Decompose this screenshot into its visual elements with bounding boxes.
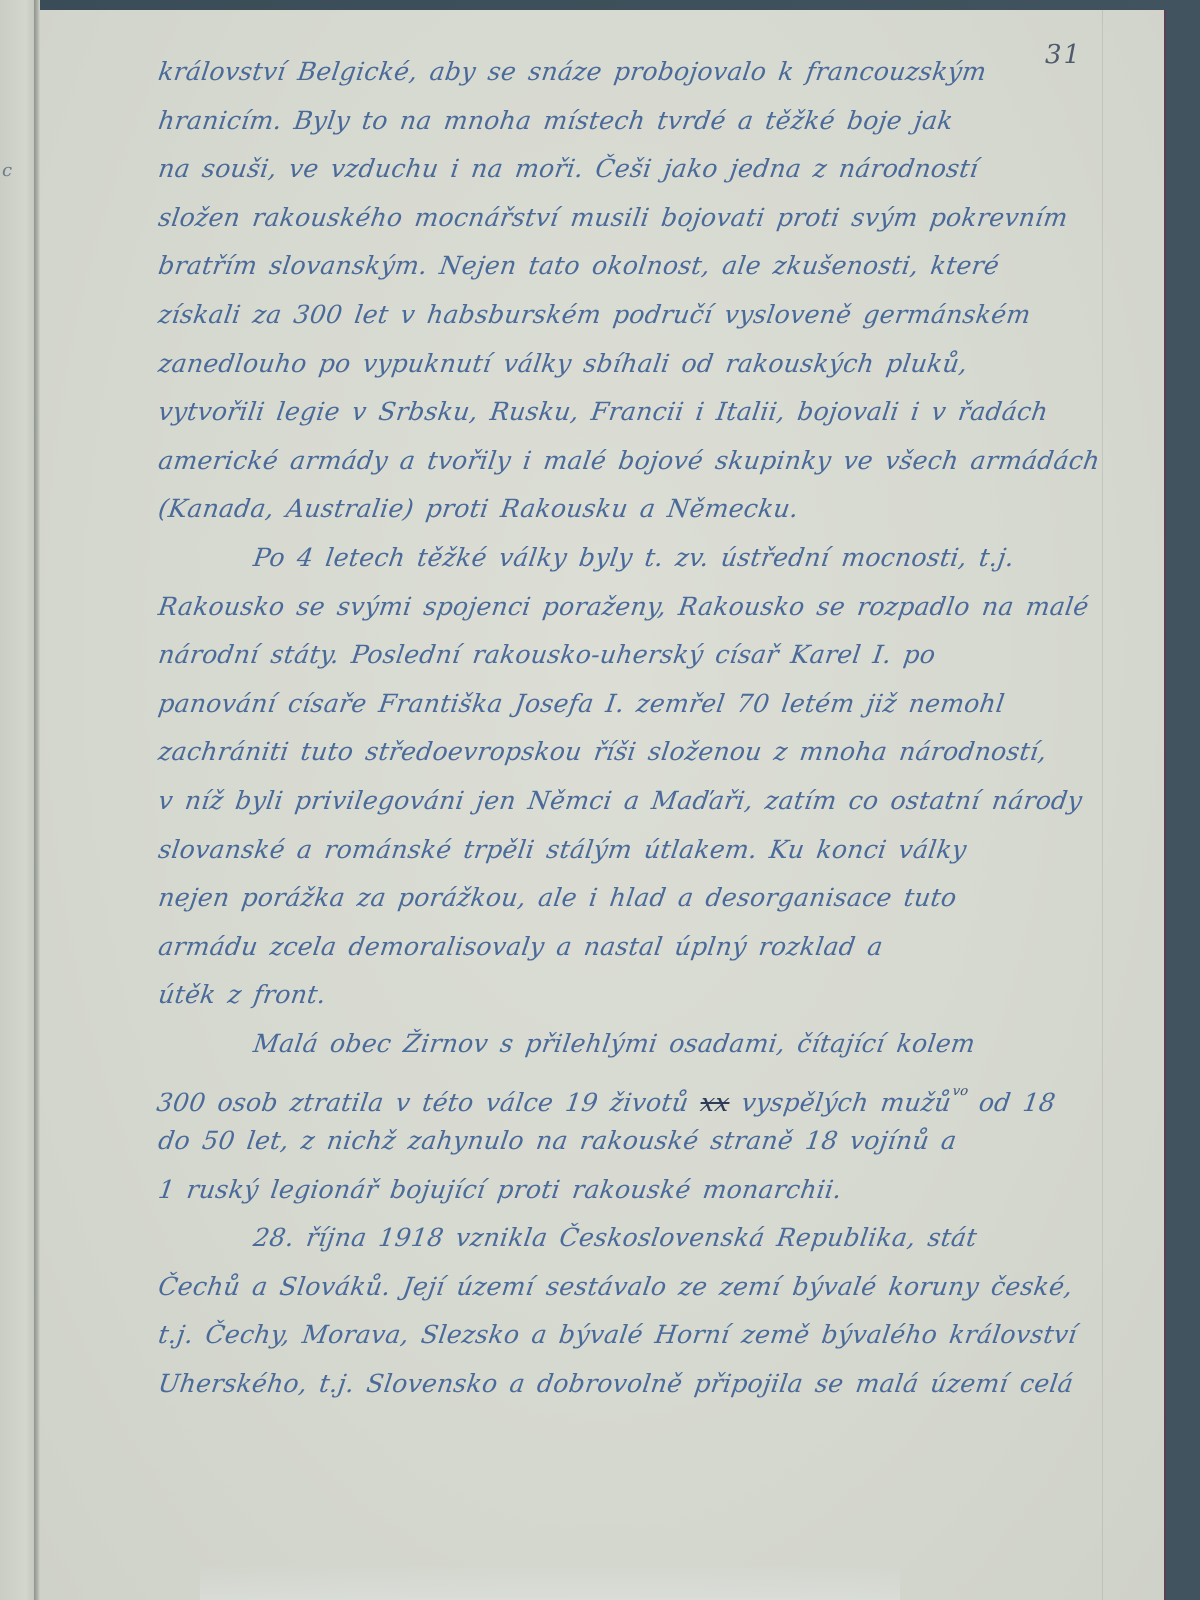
light-glare <box>200 1565 900 1600</box>
book-photo-scene: c 31 království Belgické, aby se snáze p… <box>0 0 1200 1600</box>
text-line: na souši, ve vzduchu i na moři. Češi jak… <box>155 145 1092 194</box>
text-line: bratřím slovanským. Nejen tato okolnost,… <box>155 242 1092 291</box>
text-line: nejen porážka za porážkou, ale i hlad a … <box>155 874 1092 923</box>
text-line: Čechů a Slováků. Její území sestávalo ze… <box>155 1263 1092 1312</box>
text-line: zachrániti tuto středoevropskou říši slo… <box>155 728 1092 777</box>
left-facing-page-edge: c <box>0 0 36 1600</box>
line-segment: od 18 <box>977 1088 1057 1117</box>
text-line: 1 ruský legionář bojující proti rakouské… <box>155 1166 1092 1215</box>
text-line: americké armády a tvořily i malé bojové … <box>155 437 1092 486</box>
left-page-edge-mark: c <box>2 160 12 181</box>
line-segment: 300 osob ztratila v této válce 19 životů <box>155 1088 691 1117</box>
paragraph-start-line: Malá obec Žirnov s přilehlými osadami, č… <box>155 1020 1092 1069</box>
text-line: národní státy. Poslední rakousko-uherský… <box>155 631 1092 680</box>
handwritten-text-block: království Belgické, aby se snáze proboj… <box>155 48 1085 1409</box>
text-line: v níž byli privilegováni jen Němci a Maď… <box>155 777 1092 826</box>
handwritten-page: 31 království Belgické, aby se snáze pro… <box>40 10 1166 1600</box>
paragraph-start-line: 28. října 1918 vznikla Československá Re… <box>155 1214 1092 1263</box>
line-segment: vyspělých mužů <box>740 1088 953 1117</box>
text-line: získali za 300 let v habsburském područí… <box>155 291 1092 340</box>
text-line: do 50 let, z nichž zahynulo na rakouské … <box>155 1117 1092 1166</box>
text-line: panování císaře Františka Josefa I. zemř… <box>155 680 1092 729</box>
struck-out-mark: xx <box>699 1088 732 1117</box>
text-line: Rakousko se svými spojenci poraženy, Rak… <box>155 583 1092 632</box>
text-line: t.j. Čechy, Morava, Slezsko a bývalé Hor… <box>155 1311 1092 1360</box>
superscript-insertion: vo <box>952 1084 970 1099</box>
text-line: (Kanada, Australie) proti Rakousku a Něm… <box>155 485 1092 534</box>
text-line: útěk z front. <box>155 971 1092 1020</box>
text-line-with-correction: 300 osob ztratila v této válce 19 životů… <box>155 1068 1092 1117</box>
paragraph-start-line: Po 4 letech těžké války byly t. zv. ústř… <box>155 534 1092 583</box>
text-line: slovanské a románské trpěli stálým útlak… <box>155 826 1092 875</box>
text-line: zanedlouho po vypuknutí války sbíhali od… <box>155 340 1092 389</box>
text-line: Uherského, t.j. Slovensko a dobrovolně p… <box>155 1360 1092 1409</box>
text-line: armádu zcela demoralisovaly a nastal úpl… <box>155 923 1092 972</box>
text-line: vytvořili legie v Srbsku, Rusku, Francii… <box>155 388 1092 437</box>
margin-line <box>1102 10 1103 1600</box>
text-line: složen rakouského mocnářství musili bojo… <box>155 194 1092 243</box>
text-line: království Belgické, aby se snáze proboj… <box>155 48 1092 97</box>
text-line: hranicím. Byly to na mnoha místech tvrdé… <box>155 97 1092 146</box>
